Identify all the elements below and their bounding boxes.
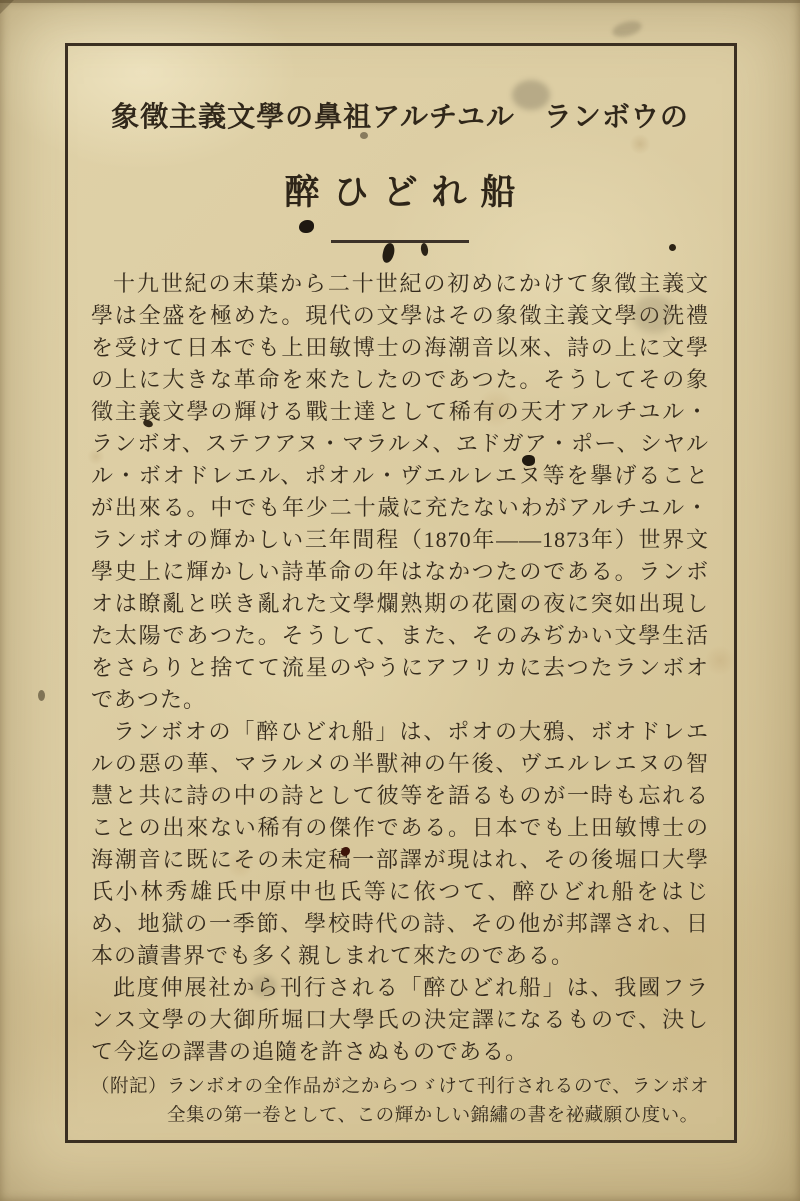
paper-corner-shadow: [0, 0, 14, 14]
appendix-note-label: （附記）: [91, 1073, 167, 1131]
body-text: 十九世紀の末葉から二十世紀の初めにかけて象徵主義文學は全盛を極めた。現代の文學は…: [91, 268, 709, 1068]
paragraph: 十九世紀の末葉から二十世紀の初めにかけて象徵主義文學は全盛を極めた。現代の文學は…: [91, 268, 709, 716]
page-title: 象徵主義文學の鼻祖アルチユル ランボウの: [91, 95, 709, 135]
title-divider-rule: [331, 240, 469, 243]
appendix-note-text: ランボオの全作品が之からつゞけて刊行されるので、ランボオ全集の第一卷として、この…: [167, 1073, 709, 1131]
page-content: 象徵主義文學の鼻祖アルチユル ランボウの 醉ひどれ船 十九世紀の末葉から二十世紀…: [91, 95, 709, 1131]
paragraph: ランボオの「醉ひどれ船」は、ポオの大鴉、ボオドレエルの惡の華、マラルメの半獸神の…: [91, 716, 709, 972]
paragraph: 此度伸展社から刊行される「醉ひどれ船」は、我國フランス文學の大御所堀口大學氏の決…: [91, 972, 709, 1068]
appendix-note: （附記） ランボオの全作品が之からつゞけて刊行されるので、ランボオ全集の第一卷と…: [91, 1073, 709, 1131]
paper-top-edge: [0, 0, 800, 3]
page-subtitle: 醉ひどれ船: [91, 165, 709, 215]
